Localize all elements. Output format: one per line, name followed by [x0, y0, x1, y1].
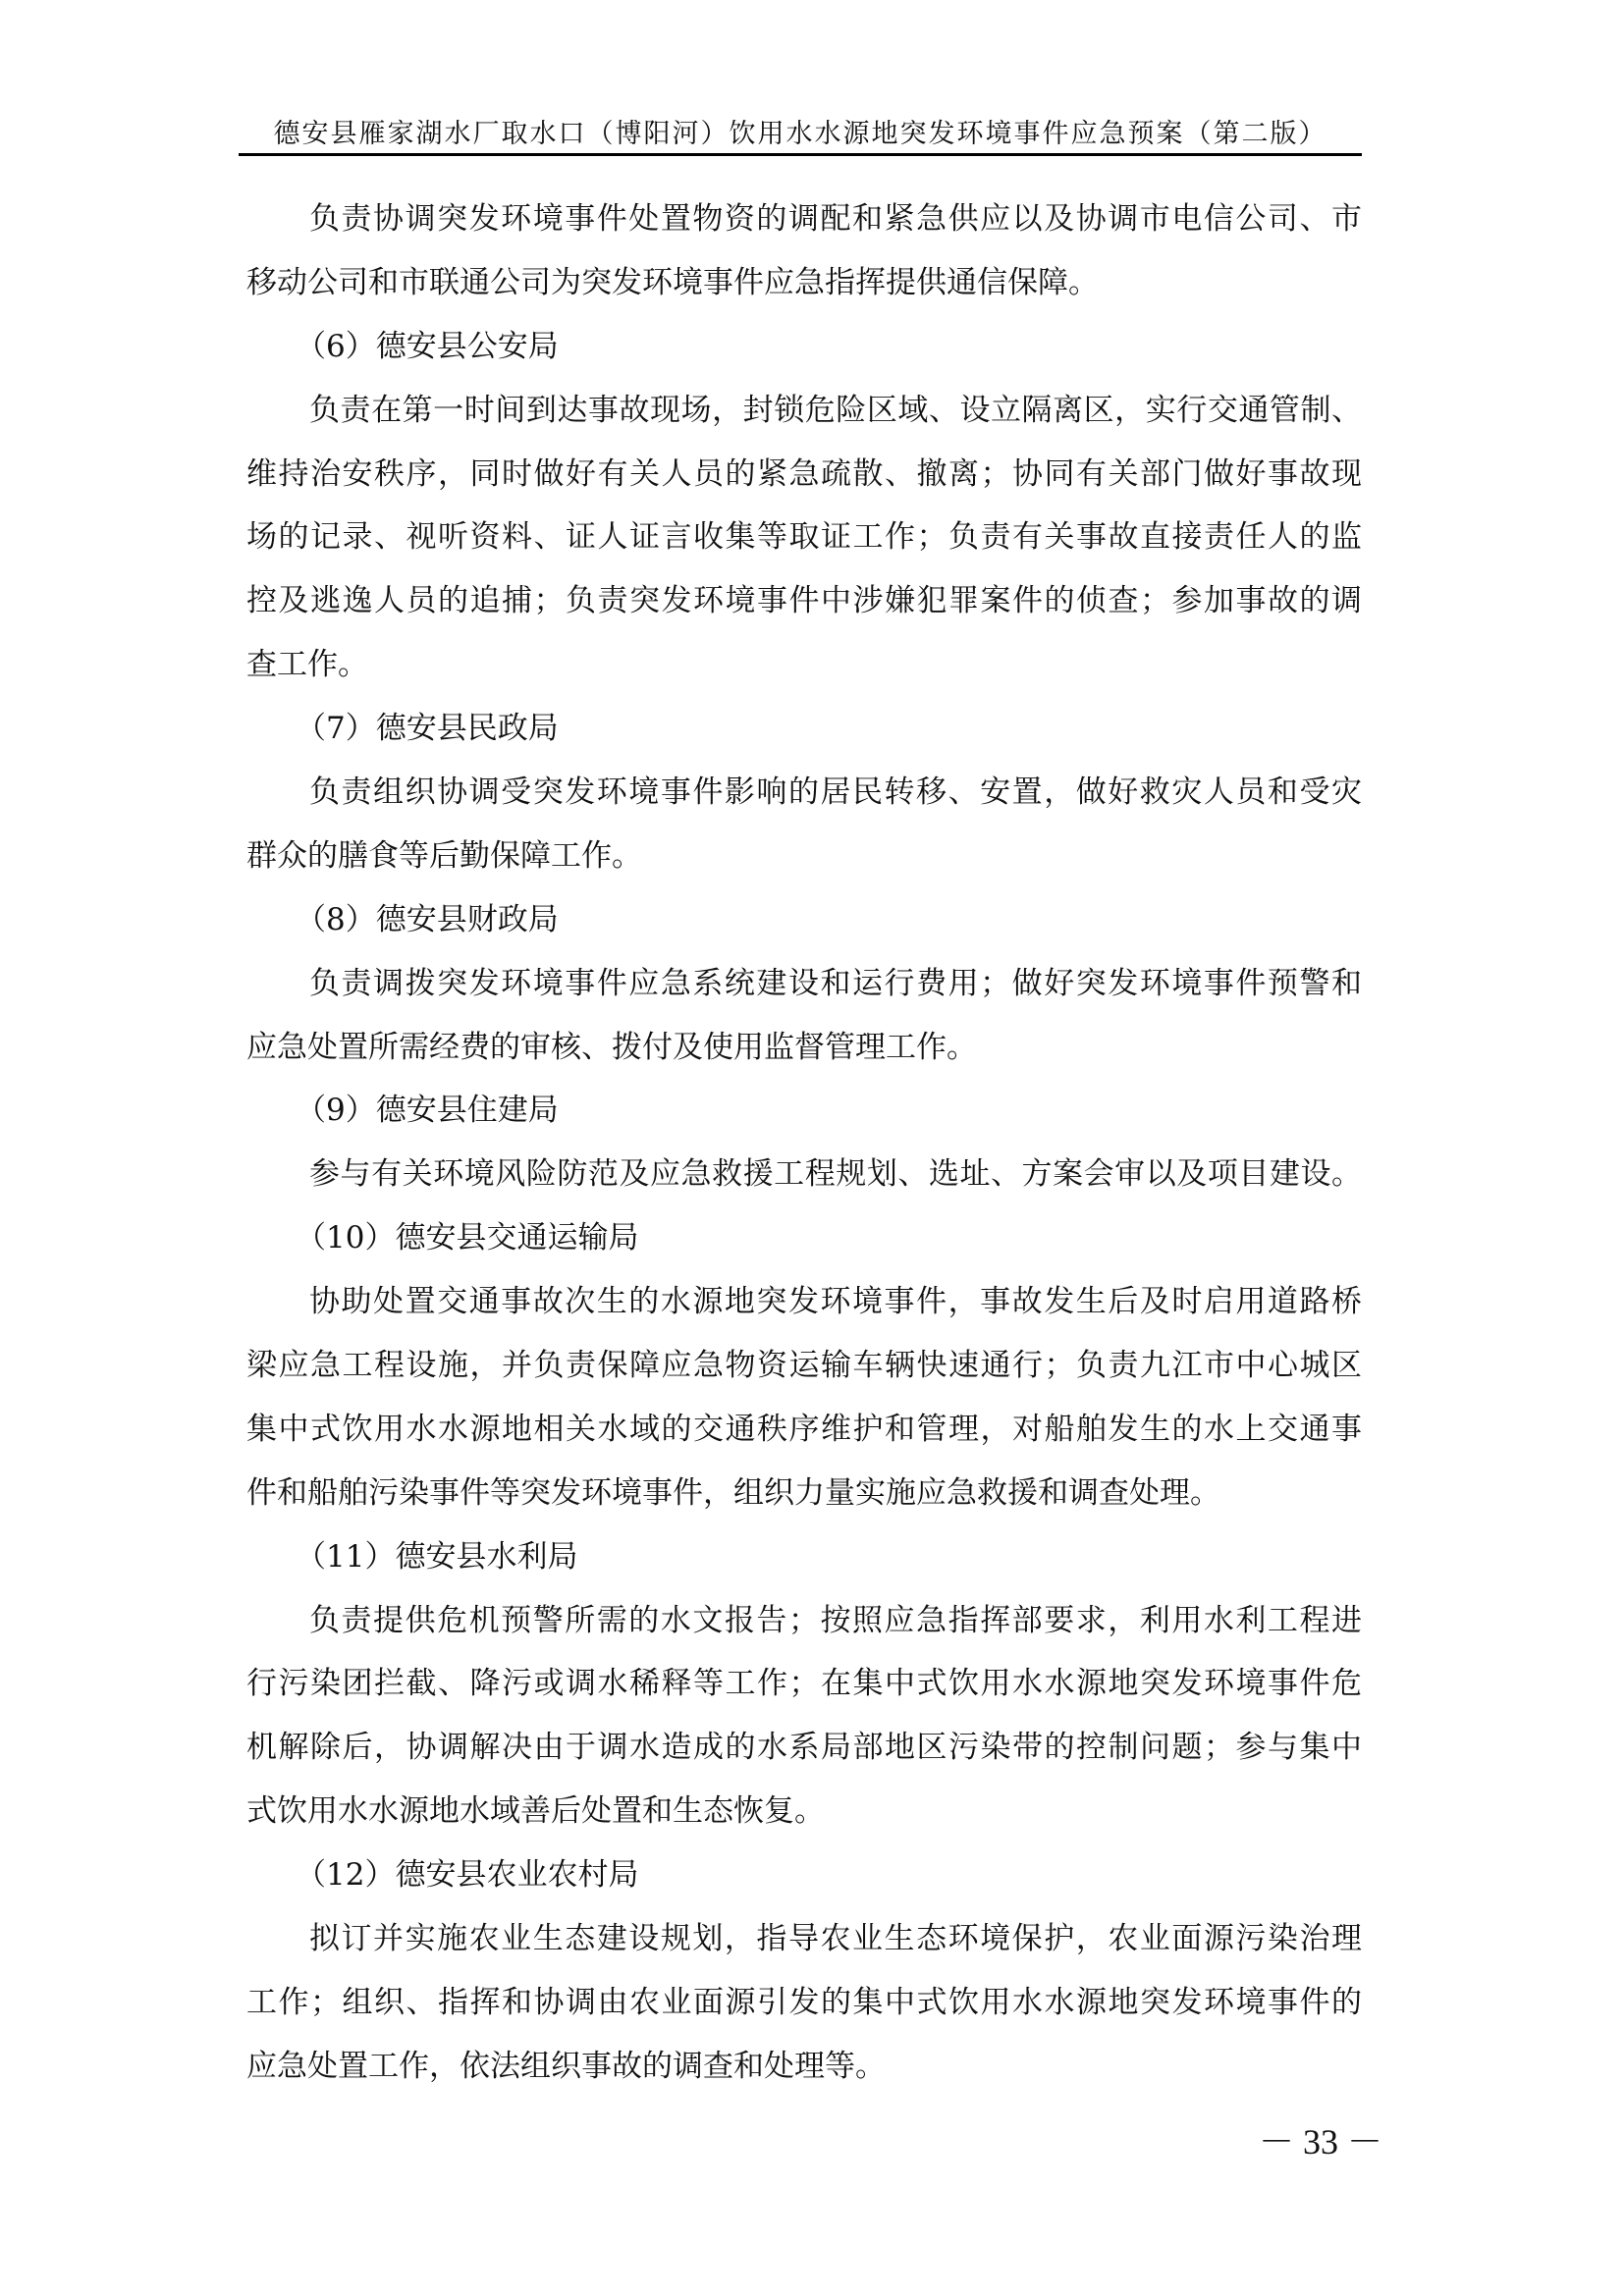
- paragraph-line: 件和船舶污染事件等突发环境事件，组织力量实施应急救援和调查处理。: [246, 1462, 1362, 1525]
- paragraph-line: 行污染团拦截、降污或调水稀释等工作；在集中式饮用水水源地突发环境事件危: [246, 1652, 1362, 1716]
- paragraph-line: 负责提供危机预警所需的水文报告；按照应急指挥部要求，利用水利工程进: [246, 1589, 1362, 1653]
- section-heading: （7）德安县民政局: [246, 697, 1362, 761]
- paragraph-line: 式饮用水水源地水域善后处置和生态恢复。: [246, 1780, 1362, 1843]
- paragraph-line: 负责协调突发环境事件处置物资的调配和紧急供应以及协调市电信公司、市: [246, 187, 1362, 251]
- section-heading: （11）德安县水利局: [246, 1525, 1362, 1589]
- paragraph-line: 场的记录、视听资料、证人证言收集等取证工作；负责有关事故直接责任人的监: [246, 506, 1362, 569]
- paragraph-line: 群众的膳食等后勤保障工作。: [246, 825, 1362, 888]
- paragraph-line: 负责在第一时间到达事故现场，封锁危险区域、设立隔离区，实行交通管制、: [246, 379, 1362, 443]
- paragraph-line: 应急处置所需经费的审核、拨付及使用监督管理工作。: [246, 1016, 1362, 1080]
- paragraph-line: 协助处置交通事故次生的水源地突发环境事件，事故发生后及时启用道路桥: [246, 1270, 1362, 1334]
- section-heading: （8）德安县财政局: [246, 888, 1362, 952]
- paragraph-line: 查工作。: [246, 633, 1362, 697]
- document-page: 德安县雁家湖水厂取水口（博阳河）饮用水水源地突发环境事件应急预案（第二版） 负责…: [0, 0, 1624, 2296]
- page-number: － 33 －: [1257, 2120, 1384, 2163]
- section-heading: （10）德安县交通运输局: [246, 1206, 1362, 1270]
- paragraph-line: 集中式饮用水水源地相关水域的交通秩序维护和管理，对船舶发生的水上交通事: [246, 1398, 1362, 1462]
- body-text: 负责协调突发环境事件处置物资的调配和紧急供应以及协调市电信公司、市移动公司和市联…: [246, 187, 1362, 2099]
- paragraph-line: 维持治安秩序，同时做好有关人员的紧急疏散、撤离；协同有关部门做好事故现: [246, 443, 1362, 507]
- section-heading: （6）德安县公安局: [246, 315, 1362, 379]
- paragraph-line: 拟订并实施农业生态建设规划，指导农业生态环境保护，农业面源污染治理: [246, 1907, 1362, 1971]
- header-rule: [239, 153, 1362, 156]
- section-heading: （12）德安县农业农村局: [246, 1843, 1362, 1907]
- paragraph-line: 负责调拨突发环境事件应急系统建设和运行费用；做好突发环境事件预警和: [246, 952, 1362, 1016]
- paragraph-line: 应急处置工作，依法组织事故的调查和处理等。: [246, 2035, 1362, 2099]
- running-header: 德安县雁家湖水厂取水口（博阳河）饮用水水源地突发环境事件应急预案（第二版）: [239, 116, 1362, 153]
- paragraph-line: 参与有关环境风险防范及应急救援工程规划、选址、方案会审以及项目建设。: [246, 1143, 1362, 1206]
- section-heading: （9）德安县住建局: [246, 1079, 1362, 1143]
- paragraph-line: 梁应急工程设施，并负责保障应急物资运输车辆快速通行；负责九江市中心城区: [246, 1334, 1362, 1398]
- paragraph-line: 机解除后，协调解决由于调水造成的水系局部地区污染带的控制问题；参与集中: [246, 1716, 1362, 1780]
- paragraph-line: 负责组织协调受突发环境事件影响的居民转移、安置，做好救灾人员和受灾: [246, 761, 1362, 825]
- paragraph-line: 移动公司和市联通公司为突发环境事件应急指挥提供通信保障。: [246, 251, 1362, 315]
- paragraph-line: 工作；组织、指挥和协调由农业面源引发的集中式饮用水水源地突发环境事件的: [246, 1971, 1362, 2035]
- paragraph-line: 控及逃逸人员的追捕；负责突发环境事件中涉嫌犯罪案件的侦查；参加事故的调: [246, 569, 1362, 633]
